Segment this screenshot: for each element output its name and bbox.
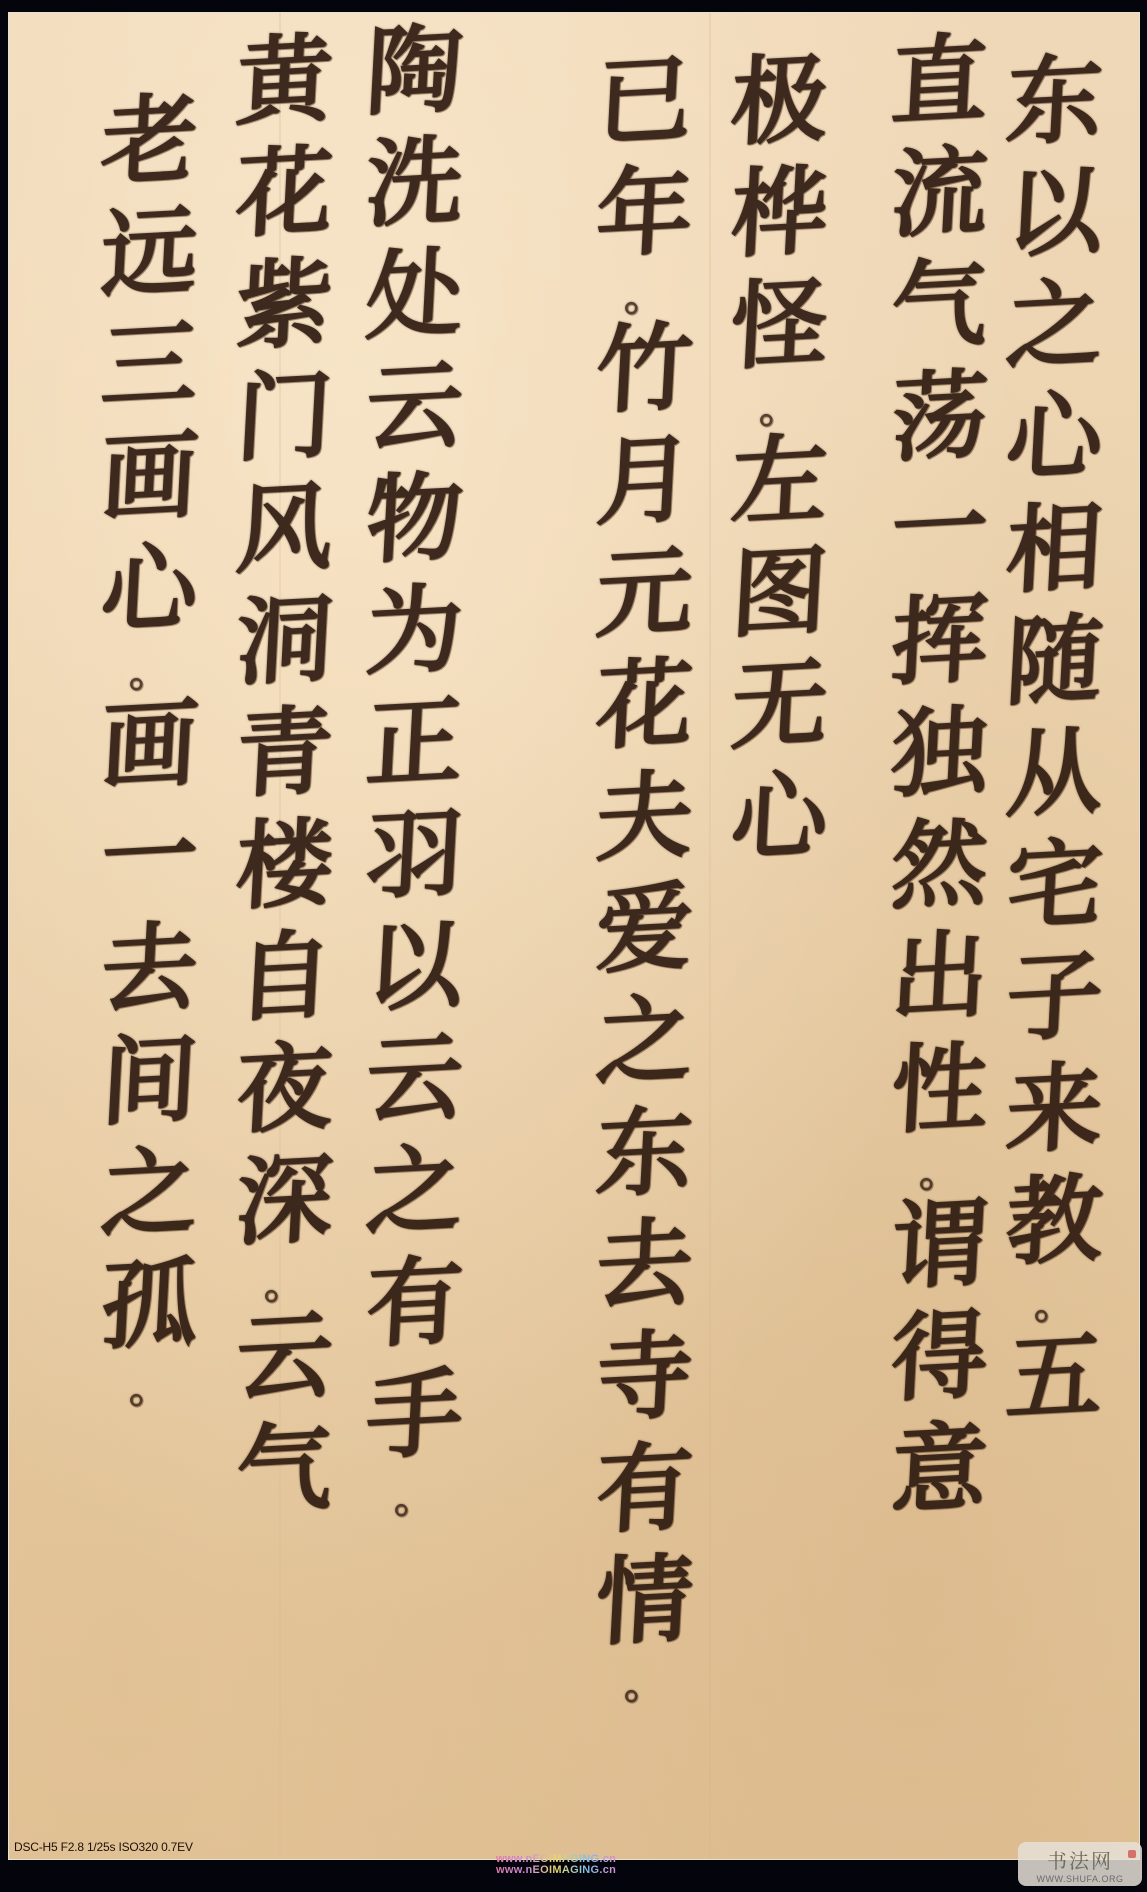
calligraphy-char: 一	[888, 479, 990, 596]
calligraphy-char: 夫	[593, 767, 695, 884]
calligraphy-char: 黄	[233, 31, 335, 148]
calligraphy-char: 挥	[888, 591, 990, 708]
calligraphy-char: 孤	[98, 1255, 200, 1372]
calligraphy-column-3: 极 桦 怪 。 左 图 无 心	[719, 53, 839, 881]
calligraphy-char: 去	[593, 1215, 695, 1332]
calligraphy-punctuation: 。	[624, 1665, 664, 1709]
calligraphy-char: 竹	[593, 319, 695, 436]
calligraphy-char: 间	[98, 1031, 200, 1148]
paper-fold-line	[709, 13, 711, 1859]
calligraphy-char: 东	[593, 1103, 695, 1220]
calligraphy-column-6: 黄 花 紫 门 风 洞 青 楼 自 夜 深 。 云 气	[224, 33, 344, 1533]
calligraphy-char: 花	[593, 655, 695, 772]
calligraphy-char: 元	[593, 543, 695, 660]
calligraphy-char: 然	[888, 815, 990, 932]
calligraphy-char: 性	[888, 1039, 990, 1156]
calligraphy-punctuation: 。	[129, 1369, 169, 1413]
calligraphy-char: 直	[888, 31, 990, 148]
calligraphy-char: 出	[888, 927, 990, 1044]
calligraphy-char: 之	[363, 1141, 465, 1258]
calligraphy-char: 风	[233, 479, 335, 596]
calligraphy-char: 处	[363, 245, 465, 362]
red-seal-icon	[1128, 1850, 1136, 1858]
calligraphy-char: 之	[98, 1143, 200, 1260]
calligraphy-char: 子	[1003, 947, 1105, 1064]
calligraphy-char: 左	[728, 431, 830, 548]
calligraphy-char: 老	[98, 91, 200, 208]
calligraphy-char: 陶	[363, 21, 465, 138]
calligraphy-column-4: 已 年 。 竹 月 元 花 夫 爱 之 东 去 寺 有 情 。	[584, 53, 704, 1709]
calligraphy-char: 流	[888, 143, 990, 260]
shufa-watermark-title: 书法网	[1047, 1845, 1113, 1874]
calligraphy-char: 云	[363, 357, 465, 474]
calligraphy-char: 怪	[728, 275, 830, 392]
neoimaging-watermark: www.nEOIMAGING.cn www.nEOIMAGING.cn	[496, 1854, 616, 1876]
calligraphy-char: 洞	[233, 591, 335, 708]
calligraphy-char: 羽	[363, 805, 465, 922]
calligraphy-char: 深	[233, 1151, 335, 1268]
watermark-line: www.nEOIMAGING.cn	[496, 1865, 616, 1876]
calligraphy-column-1: 东 以 之 心 相 随 从 宅 子 来 教 。 五	[994, 53, 1114, 1441]
calligraphy-char: 洗	[363, 133, 465, 250]
calligraphy-char: 有	[363, 1253, 465, 1370]
calligraphy-char: 花	[233, 143, 335, 260]
calligraphy-char: 之	[1003, 275, 1105, 392]
calligraphy-char: 楼	[233, 815, 335, 932]
photo-frame: 东 以 之 心 相 随 从 宅 子 来 教 。 五 直 流 气 荡 一 挥 独 …	[0, 0, 1147, 1892]
calligraphy-char: 已	[593, 51, 695, 168]
calligraphy-char: 谓	[888, 1195, 990, 1312]
calligraphy-char: 紫	[233, 255, 335, 372]
calligraphy-char: 爱	[593, 879, 695, 996]
calligraphy-char: 画	[98, 427, 200, 544]
calligraphy-char: 气	[888, 255, 990, 372]
calligraphy-char: 年	[593, 163, 695, 280]
calligraphy-char: 极	[728, 51, 830, 168]
calligraphy-char: 心	[728, 767, 830, 884]
calligraphy-column-5: 陶 洗 处 云 物 为 正 羽 以 云 之 有 手 。	[354, 23, 474, 1523]
calligraphy-char: 东	[1003, 51, 1105, 168]
calligraphy-char: 图	[728, 543, 830, 660]
calligraphy-char: 教	[1003, 1171, 1105, 1288]
calligraphy-char: 月	[593, 431, 695, 548]
calligraphy-column-7: 老 远 三 画 心 。 画 一 去 间 之 孤 。	[89, 93, 209, 1413]
calligraphy-char: 物	[363, 469, 465, 586]
calligraphy-char: 桦	[728, 163, 830, 280]
calligraphy-char: 寺	[593, 1327, 695, 1444]
calligraphy-char: 一	[98, 807, 200, 924]
calligraphy-char: 云	[363, 1029, 465, 1146]
shufa-watermark: 书法网 WWW.SHUFA.ORG	[1018, 1842, 1142, 1886]
calligraphy-punctuation: 。	[394, 1479, 434, 1523]
calligraphy-char: 宅	[1003, 835, 1105, 952]
calligraphy-char: 之	[593, 991, 695, 1108]
calligraphy-char: 去	[98, 919, 200, 1036]
calligraphy-column-2: 直 流 气 荡 一 挥 独 然 出 性 。 谓 得 意	[879, 33, 999, 1533]
calligraphy-char: 来	[1003, 1059, 1105, 1176]
calligraphy-char: 有	[593, 1439, 695, 1556]
calligraphy-char: 心	[1003, 387, 1105, 504]
calligraphy-char: 意	[888, 1419, 990, 1536]
calligraphy-char: 随	[1003, 611, 1105, 728]
calligraphy-char: 三	[98, 315, 200, 432]
calligraphy-char: 正	[363, 693, 465, 810]
calligraphy-char: 得	[888, 1307, 990, 1424]
calligraphy-char: 手	[363, 1365, 465, 1482]
calligraphy-char: 独	[888, 703, 990, 820]
calligraphy-paper: 东 以 之 心 相 随 从 宅 子 来 教 。 五 直 流 气 荡 一 挥 独 …	[8, 12, 1140, 1860]
calligraphy-char: 气	[233, 1419, 335, 1536]
calligraphy-char: 自	[233, 927, 335, 1044]
calligraphy-char: 门	[233, 367, 335, 484]
calligraphy-char: 五	[1003, 1327, 1105, 1444]
calligraphy-char: 心	[98, 539, 200, 656]
calligraphy-char: 为	[363, 581, 465, 698]
calligraphy-char: 以	[1003, 163, 1105, 280]
calligraphy-char: 无	[728, 655, 830, 772]
calligraphy-char: 云	[233, 1307, 335, 1424]
calligraphy-char: 相	[1003, 499, 1105, 616]
calligraphy-char: 从	[1003, 723, 1105, 840]
calligraphy-char: 荡	[888, 367, 990, 484]
calligraphy-char: 青	[233, 703, 335, 820]
calligraphy-char: 情	[593, 1551, 695, 1668]
shufa-watermark-url: WWW.SHUFA.ORG	[1037, 1874, 1124, 1884]
calligraphy-char: 远	[98, 203, 200, 320]
calligraphy-char: 夜	[233, 1039, 335, 1156]
calligraphy-char: 以	[363, 917, 465, 1034]
calligraphy-char: 画	[98, 695, 200, 812]
camera-exif-caption: DSC-H5 F2.8 1/25s ISO320 0.7EV	[14, 1840, 193, 1854]
